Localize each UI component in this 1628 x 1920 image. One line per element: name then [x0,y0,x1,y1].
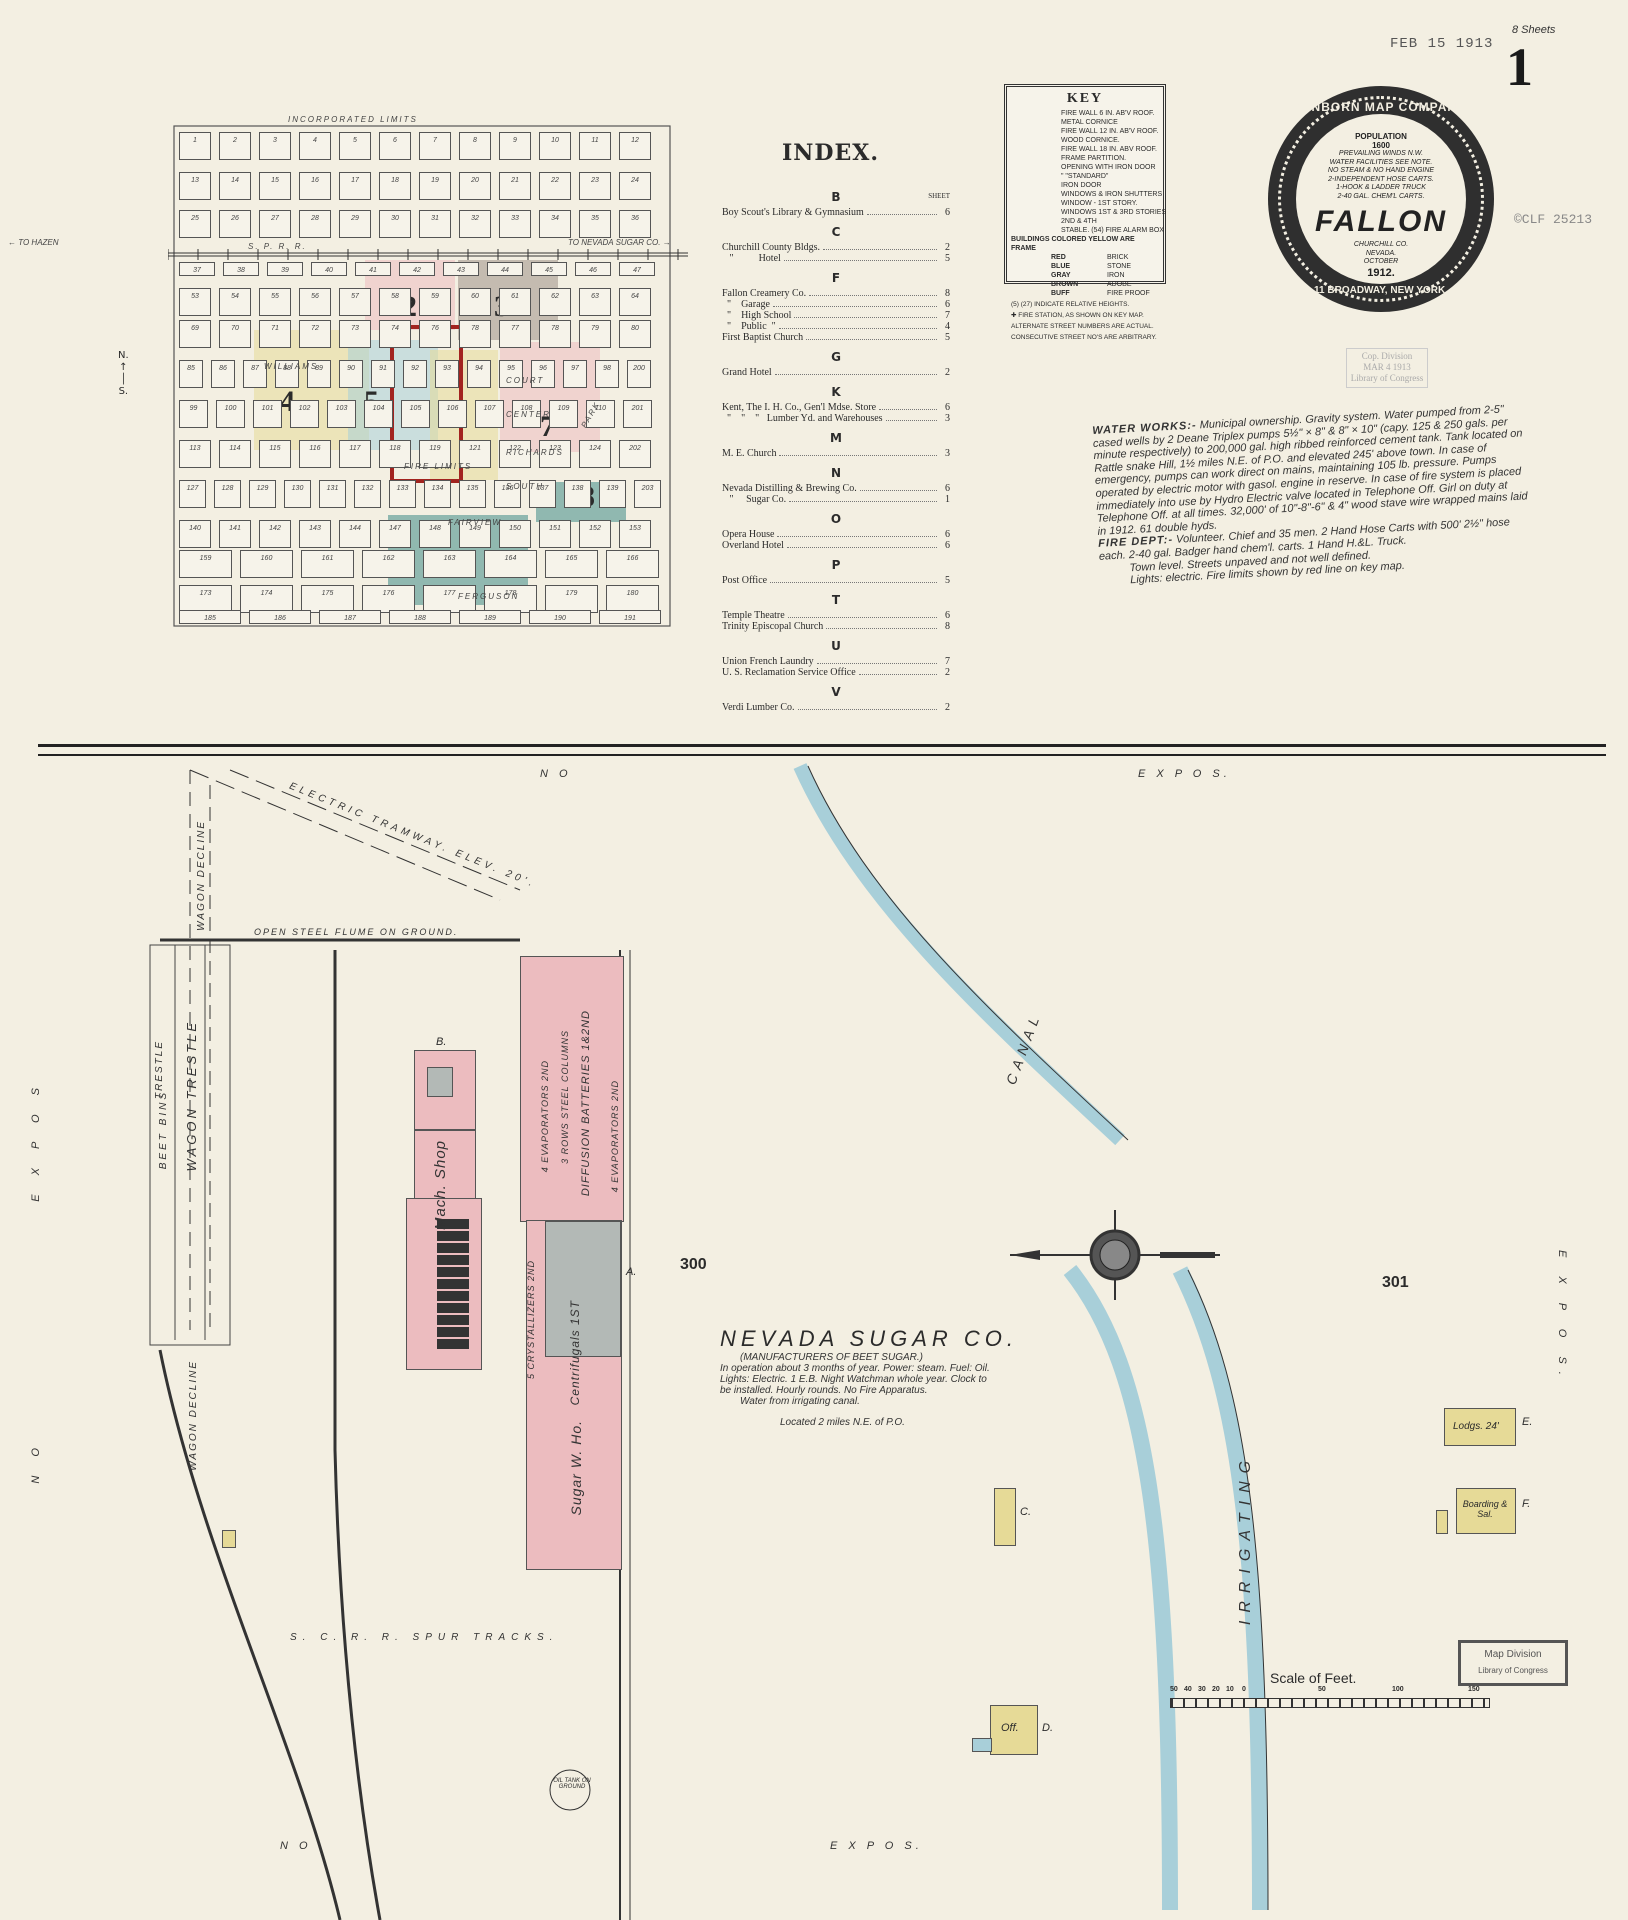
block-number: 301 [1382,1274,1409,1292]
index-entry-name: Fallon Creamery Co. [722,288,806,299]
index-entry-name: Nevada Distilling & Brewing Co. [722,483,857,494]
centrifugals-label: Centrifugals 1ST [568,1300,582,1405]
index-entry-name: " Sugar Co. [722,494,786,505]
city-block: 25 [179,210,211,238]
index-entry-sheet: 4 [940,321,950,332]
building-d-label: D. [1042,1722,1053,1734]
key-color-row: BUFFFIRE PROOF [1051,289,1159,298]
building-lime-kiln-wing [414,1050,476,1130]
city-block: 26 [219,210,251,238]
city-block: 129 [249,480,276,508]
copyright-registration: ©CLF 25213 [1514,212,1592,227]
index-entry: Fallon Creamery Co.8 [722,288,950,299]
city-block: 107 [475,400,504,428]
key-fire-station-note: ✚ FIRE STATION, AS SHOWN ON KEY MAP. [1011,311,1159,320]
city-block: 113 [179,440,211,468]
sugar-co-desc: In operation about 3 months of year. Pow… [720,1363,1000,1396]
city-block: 42 [399,262,435,276]
map-division-stamp: Map Division Library of Congress [1458,1640,1568,1686]
city-block: 144 [339,520,371,548]
city-block: 114 [219,440,251,468]
index-entry-sheet: 6 [940,610,950,621]
city-block: 18 [379,172,411,200]
city-block: 55 [259,288,291,316]
city-block: 44 [487,262,523,276]
index-letter: V [722,685,950,699]
leader-dots [784,253,937,261]
city-block: 46 [575,262,611,276]
seal-fact: WATER FACILITIES SEE NOTE. [1296,159,1466,168]
city-block: 188 [389,610,451,624]
city-block: 150 [499,520,531,548]
city-block: 40 [311,262,347,276]
city-block: 54 [219,288,251,316]
material-name: STONE [1107,262,1131,271]
city-block: 15 [259,172,291,200]
material-name: ADOBE [1107,280,1132,289]
city-block: 90 [339,360,363,388]
index-entry-sheet: 5 [940,253,950,264]
city-block: 19 [419,172,451,200]
leader-dots [817,656,937,664]
index-entry-name: Grand Hotel [722,367,772,378]
city-block: 97 [563,360,587,388]
index-letter: G [722,350,950,364]
city-block: 187 [319,610,381,624]
city-block: 94 [467,360,491,388]
block-number: 300 [680,1256,707,1274]
population-label: POPULATION [1296,132,1466,141]
edge-label-expos: E X P O S. [1138,768,1231,780]
key-color-table: REDBRICK BLUESTONE GRAYIRON BROWNADOBE B… [1011,253,1159,298]
city-block: 127 [179,480,206,508]
sugar-co-subtitle: (MANUFACTURERS OF BEET SUGAR.) [720,1352,1000,1363]
city-block: 31 [419,210,451,238]
key-line: 2ND & 4TH [1011,217,1159,226]
crystallizers-label: 5 CRYSTALLIZERS 2ND [526,1260,536,1379]
building-main-factory [520,956,624,1222]
city-block: 80 [619,320,651,348]
index-letter: N [722,466,950,480]
city-block: 134 [424,480,451,508]
leader-dots [809,288,937,296]
index-letter: U [722,639,950,653]
city-block: 147 [379,520,411,548]
building-e-label: E. [1522,1416,1532,1428]
city-block: 103 [327,400,356,428]
city-block: 72 [299,320,331,348]
to-hazen-label: ← TO HAZEN [8,238,59,247]
city-block: 174 [240,585,293,613]
key-heights-note: (5) (27) INDICATE RELATIVE HEIGHTS. [1011,300,1159,309]
index-entry-sheet: 7 [940,656,950,667]
factory-note: 4 EVAPORATORS 2ND [610,1080,620,1192]
material-name: FIRE PROOF [1107,289,1150,298]
city-block: 69 [179,320,211,348]
key-line: WINDOWS & IRON SHUTTERS [1011,190,1159,199]
index-entry: " High School7 [722,310,950,321]
leader-dots [788,610,937,618]
index-entry-sheet: 6 [940,529,950,540]
city-block: 12 [619,132,651,160]
index-entry-name: Churchill County Bldgs. [722,242,820,253]
index-entry-name: Boy Scout's Library & Gymnasium [722,207,864,218]
index-entry-sheet: 6 [940,483,950,494]
scale-tick: 0 [1242,1686,1246,1693]
scale-ticks: 50 40 30 20 10 0 50 100 150 [1170,1686,1490,1698]
index-panel: INDEX. SHEET BBoy Scout's Library & Gymn… [722,140,950,713]
city-block: 21 [499,172,531,200]
index-entry-sheet: 1 [940,494,950,505]
leader-dots [859,667,937,675]
factory-note: DIFFUSION BATTERIES 1&2ND [580,1010,592,1196]
leader-dots [794,310,937,318]
population-value: 1600 [1296,141,1466,150]
city-block: 70 [219,320,251,348]
wagon-trestle-label: WAGON TRESTLE [184,1020,199,1171]
index-entry-name: Verdi Lumber Co. [722,702,795,713]
factory-note: 3 ROWS STEEL COLUMNS [560,1030,570,1164]
city-block: 32 [459,210,491,238]
scale-tick: 40 [1184,1686,1192,1693]
index-entry: Boy Scout's Library & Gymnasium6 [722,207,950,218]
city-block: 29 [339,210,371,238]
index-entry: Verdi Lumber Co.2 [722,702,950,713]
city-block: 128 [214,480,241,508]
city-block: 116 [299,440,331,468]
index-entry-sheet: 6 [940,299,950,310]
index-letter: P [722,558,950,572]
compass-rose-icon [1010,1210,1220,1300]
city-block: 58 [379,288,411,316]
color-name: BROWN [1051,280,1095,289]
leader-dots [773,299,937,307]
street-label: SOUTH [506,482,544,491]
index-entry-sheet: 2 [940,667,950,678]
city-block: 77 [499,320,531,348]
index-entry-sheet: 6 [940,402,950,413]
seal-fact: 1-HOOK & LADDER TRUCK [1296,184,1466,193]
city-block: 92 [403,360,427,388]
leader-dots [798,702,938,710]
street-label: WILLIAMS [264,362,318,371]
city-block: 17 [339,172,371,200]
key-line: STABLE. (54) FIRE ALARM BOX [1011,226,1159,235]
city-block: 33 [499,210,531,238]
material-name: IRON [1107,271,1125,280]
boarding-label: Boarding & Sal. [1461,1499,1509,1519]
city-block: 162 [362,550,415,578]
sugar-co-description: (MANUFACTURERS OF BEET SUGAR.) In operat… [720,1352,1000,1428]
index-letter: C [722,225,950,239]
city-block: 201 [623,400,652,428]
city-block: 56 [299,288,331,316]
city-block: 100 [216,400,245,428]
county-name: CHURCHILL CO. [1296,241,1466,250]
city-block: 151 [539,520,571,548]
street-label: CENTER [506,410,551,419]
sanborn-seal: SANBORN MAP COMPANY, POPULATION 1600 PRE… [1268,86,1494,312]
city-block: 23 [579,172,611,200]
lodging-label: Lodgs. 24' [1453,1421,1499,1432]
key-line: IRON DOOR [1011,181,1159,190]
city-block: 115 [259,440,291,468]
index-letter: M [722,431,950,445]
index-entry-name: " " " Lumber Yd. and Warehouses [722,413,883,424]
city-block: 152 [579,520,611,548]
edge-label-expos-right: E X P O S. [1556,1250,1568,1383]
city-block: 10 [539,132,571,160]
index-entry-sheet: 8 [940,621,950,632]
index-entry-sheet: 8 [940,288,950,299]
city-block: 130 [284,480,311,508]
street-label: FERGUSON [458,592,519,601]
city-block: 63 [579,288,611,316]
city-block: 143 [299,520,331,548]
city-block: 161 [301,550,354,578]
city-block: 105 [401,400,430,428]
index-entry-sheet: 5 [940,332,950,343]
building-c-label: C. [1020,1506,1031,1518]
sugar-warehouse-label: Sugar W. Ho. [568,1420,584,1516]
building-a-label: A. [626,1266,636,1278]
index-entry: Trinity Episcopal Church8 [722,621,950,632]
key-line: FRAME PARTITION. [1011,154,1159,163]
city-block: 8 [459,132,491,160]
city-block: 37 [179,262,215,276]
city-block: 36 [619,210,651,238]
index-entry: Nevada Distilling & Brewing Co.6 [722,483,950,494]
edge-label-no: N O [540,768,572,780]
leader-dots [779,448,937,456]
index-entry: First Baptist Church5 [722,332,950,343]
seal-fact: PREVAILING WINDS N.W. [1296,150,1466,159]
city-block: 148 [419,520,451,548]
leader-dots [787,540,937,548]
color-name: BUFF [1051,289,1095,298]
index-entry-name: First Baptist Church [722,332,803,343]
index-list: BBoy Scout's Library & Gymnasium6CChurch… [722,190,950,713]
street-label: RICHARDS [506,448,564,457]
index-entry: " Sugar Co.1 [722,494,950,505]
index-entry-sheet: 6 [940,207,950,218]
scale-tick: 20 [1212,1686,1220,1693]
building-f-label: F. [1522,1498,1530,1510]
index-entry: Kent, The I. H. Co., Gen'l Mdse. Store6 [722,402,950,413]
index-entry-name: " High School [722,310,791,321]
city-block: 165 [545,550,598,578]
key-line: " "STANDARD" [1011,172,1159,181]
wagon-decline-label: WAGON DECLINE [196,820,207,931]
city-block: 11 [579,132,611,160]
index-title: INDEX. [782,140,950,166]
building-lodging: Lodgs. 24' [1444,1408,1516,1446]
seal-company-name: SANBORN MAP COMPANY, [1268,100,1494,114]
index-entry-name: Trinity Episcopal Church [722,621,823,632]
index-entry-sheet: 2 [940,702,950,713]
state-name: NEVADA. [1296,250,1466,259]
index-entry-sheet: 2 [940,242,950,253]
water-fire-notes: WATER WORKS:- Municipal ownership. Gravi… [1092,402,1540,589]
index-entry-name: M. E. Church [722,448,776,459]
index-entry-sheet: 7 [940,310,950,321]
key-line: FIRE WALL 12 IN. AB'V ROOF. [1011,127,1159,136]
key-line: FIRE WALL 6 IN. AB'V ROOF. [1011,109,1159,118]
index-letter: F [722,271,950,285]
city-block: 173 [179,585,232,613]
city-block: 38 [223,262,259,276]
index-entry-name: " Public " [722,321,776,332]
lc-stamp-line: MAR 4 1913 [1347,362,1427,373]
index-entry: Overland Hotel6 [722,540,950,551]
city-block: 175 [301,585,354,613]
city-block: 78 [539,320,571,348]
irrigating-label: IRRIGATING [1237,1453,1255,1625]
index-entry: Post Office5 [722,575,950,586]
city-block: 104 [364,400,393,428]
city-block: 7 [419,132,451,160]
key-line: WINDOWS 1ST & 3RD STORIES [1011,208,1159,217]
key-line: METAL CORNICE [1011,118,1159,127]
city-block: 22 [539,172,571,200]
index-entry: " Public "4 [722,321,950,332]
seal-fact: 2-INDEPENDENT HOSE CARTS. [1296,176,1466,185]
town-name: FALLON [1296,205,1466,239]
city-block: 85 [179,360,203,388]
city-block: 13 [179,172,211,200]
city-block: 20 [459,172,491,200]
city-block: 124 [579,440,611,468]
city-block: 28 [299,210,331,238]
index-entry-sheet: 2 [940,367,950,378]
color-name: GRAY [1051,271,1095,280]
scale-tick: 50 [1318,1686,1326,1693]
color-name: BLUE [1051,262,1095,271]
seal-fact: 2-40 GAL. CHEM'L CARTS. [1296,193,1466,202]
city-block: 78 [459,320,491,348]
building-scales [222,1530,236,1548]
lc-stamp-line: Cop. Division [1347,351,1427,362]
flume-label: OPEN STEEL FLUME ON GROUND. [254,927,458,937]
city-block: 41 [355,262,391,276]
edge-label-expos-left: E X P O S [30,1080,42,1202]
scale-tick: 150 [1468,1686,1480,1693]
edge-label-expos-bottom: E X P O S. [830,1840,923,1852]
scale-tick: 10 [1226,1686,1234,1693]
key-line: OPENING WITH IRON DOOR [1011,163,1159,172]
street-label: COURT [506,376,544,385]
city-block: 101 [253,400,282,428]
index-entry: Union French Laundry7 [722,656,950,667]
sheet-column-header: SHEET [928,192,950,200]
index-letter: B [722,190,950,204]
index-entry-name: U. S. Reclamation Service Office [722,667,856,678]
city-block: 86 [211,360,235,388]
index-entry-name: Post Office [722,575,767,586]
seal-fact: NO STEAM & NO HAND ENGINE [1296,167,1466,176]
incorporated-limits-label: INCORPORATED LIMITS [288,115,418,124]
map-key-legend: KEY FIRE WALL 6 IN. AB'V ROOF. METAL COR… [1004,84,1166,284]
city-block: 159 [179,550,232,578]
city-block: 142 [259,520,291,548]
key-color-row: BROWNADOBE [1051,280,1159,289]
lime-kiln [427,1067,453,1097]
leader-dots [789,494,937,502]
leader-dots [775,367,937,375]
index-entry-sheet: 5 [940,575,950,586]
city-block: 45 [531,262,567,276]
city-block: 2 [219,132,251,160]
edge-label-no-bottom: N O [280,1840,312,1852]
leader-dots [826,621,937,629]
sugar-co-title: NEVADA SUGAR CO. [720,1326,1018,1352]
office-label: Off. [1001,1722,1019,1734]
city-block: 79 [579,320,611,348]
fire-limits-label: FIRE LIMITS [404,462,472,471]
boiler-bank [437,1219,469,1349]
received-date-stamp: FEB 15 1913 [1390,36,1493,52]
index-entry: " " " Lumber Yd. and Warehouses3 [722,413,950,424]
index-entry-name: Union French Laundry [722,656,814,667]
city-block: 30 [379,210,411,238]
index-entry-name: Temple Theatre [722,610,785,621]
index-entry: Grand Hotel2 [722,367,950,378]
city-block: 5 [339,132,371,160]
leader-dots [777,529,937,537]
city-block: 98 [595,360,619,388]
city-block: 9 [499,132,531,160]
city-block: 91 [371,360,395,388]
city-block: 99 [179,400,208,428]
city-block: 133 [389,480,416,508]
leader-dots [779,321,937,329]
city-block: 74 [379,320,411,348]
scale-bar [1170,1698,1490,1708]
leader-dots [867,207,937,215]
index-entry: Churchill County Bldgs.2 [722,242,950,253]
railroad-label: S. P. R. R. [248,242,307,251]
index-entry: U. S. Reclamation Service Office2 [722,667,950,678]
index-letter: K [722,385,950,399]
city-block: 62 [539,288,571,316]
building-c [994,1488,1016,1546]
city-block: 164 [484,550,537,578]
street-label: FAIRVIEW [448,518,502,527]
city-block: 35 [579,210,611,238]
index-entry-name: " Hotel [722,253,781,264]
seal-inner: POPULATION 1600 PREVAILING WINDS N.W. WA… [1296,114,1466,284]
factory-note: 4 EVAPORATORS 2ND [540,1060,550,1172]
city-block: 60 [459,288,491,316]
seal-address: 11 BROADWAY, NEW YORK. [1268,285,1494,296]
index-entry: Temple Theatre6 [722,610,950,621]
city-block: 139 [599,480,626,508]
building-shed [1436,1510,1448,1534]
index-entry-sheet: 6 [940,540,950,551]
index-entry-name: Opera House [722,529,774,540]
scale-title: Scale of Feet. [1270,1670,1490,1686]
city-block: 191 [599,610,661,624]
scale-tick: 30 [1198,1686,1206,1693]
key-color-row: GRAYIRON [1051,271,1159,280]
map-division-text: Map Division [1461,1649,1565,1660]
leader-dots [823,242,937,250]
city-block: 163 [423,550,476,578]
city-block: 39 [267,262,303,276]
key-street-note: ALTERNATE STREET NUMBERS ARE ACTUAL. [1011,322,1159,331]
city-block: 189 [459,610,521,624]
city-block: 132 [354,480,381,508]
